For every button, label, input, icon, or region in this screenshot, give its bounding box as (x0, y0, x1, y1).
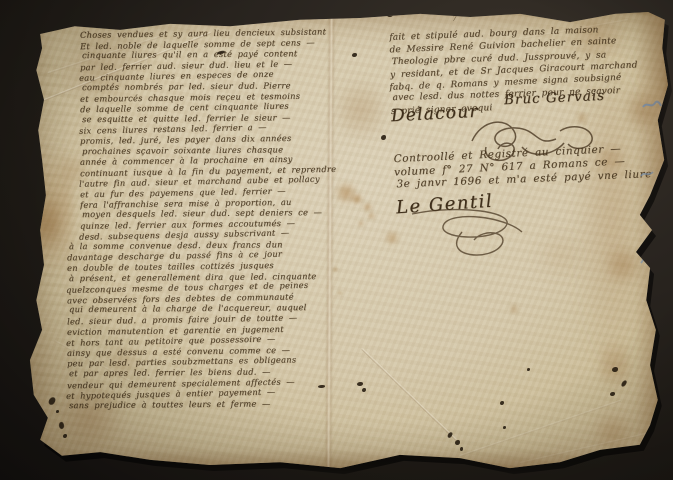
manuscript-scan: 4 7 Choses vendues et sy aura lieu denci… (0, 0, 673, 480)
ink-blot (527, 368, 530, 371)
ink-blot (500, 401, 504, 405)
stain (362, 202, 373, 212)
ink-blot (610, 392, 615, 396)
stain (530, 230, 590, 280)
ink-blot (455, 440, 460, 445)
ink-blot (357, 382, 363, 386)
signature-flourish-icon (400, 206, 530, 264)
crease-line (460, 400, 621, 457)
stain (357, 220, 365, 227)
stain (338, 70, 383, 150)
ink-blot (387, 13, 393, 17)
stain (508, 304, 520, 314)
ink-blot (503, 426, 506, 429)
left-page-text: Choses vendues et sy aura lieu dencieux … (80, 28, 342, 409)
ink-blot (621, 379, 628, 387)
crease-line (361, 348, 457, 440)
ink-blot (381, 135, 386, 140)
stain (367, 212, 376, 220)
stain (600, 330, 630, 400)
ink-blot (612, 367, 618, 372)
folio-mark-left: 4 (171, 14, 178, 25)
ink-blot (362, 388, 366, 392)
ink-blot (352, 53, 357, 57)
stain (383, 231, 401, 245)
manuscript-line: sans prejudice à touttes leurs et ferme … (69, 398, 344, 411)
stain (350, 193, 364, 205)
folio-mark-right: 7 (452, 14, 457, 23)
paper-sheet: 4 7 Choses vendues et sy aura lieu denci… (28, 12, 668, 470)
registration-note: Controollé et Registré au cinquier —volu… (393, 143, 664, 191)
